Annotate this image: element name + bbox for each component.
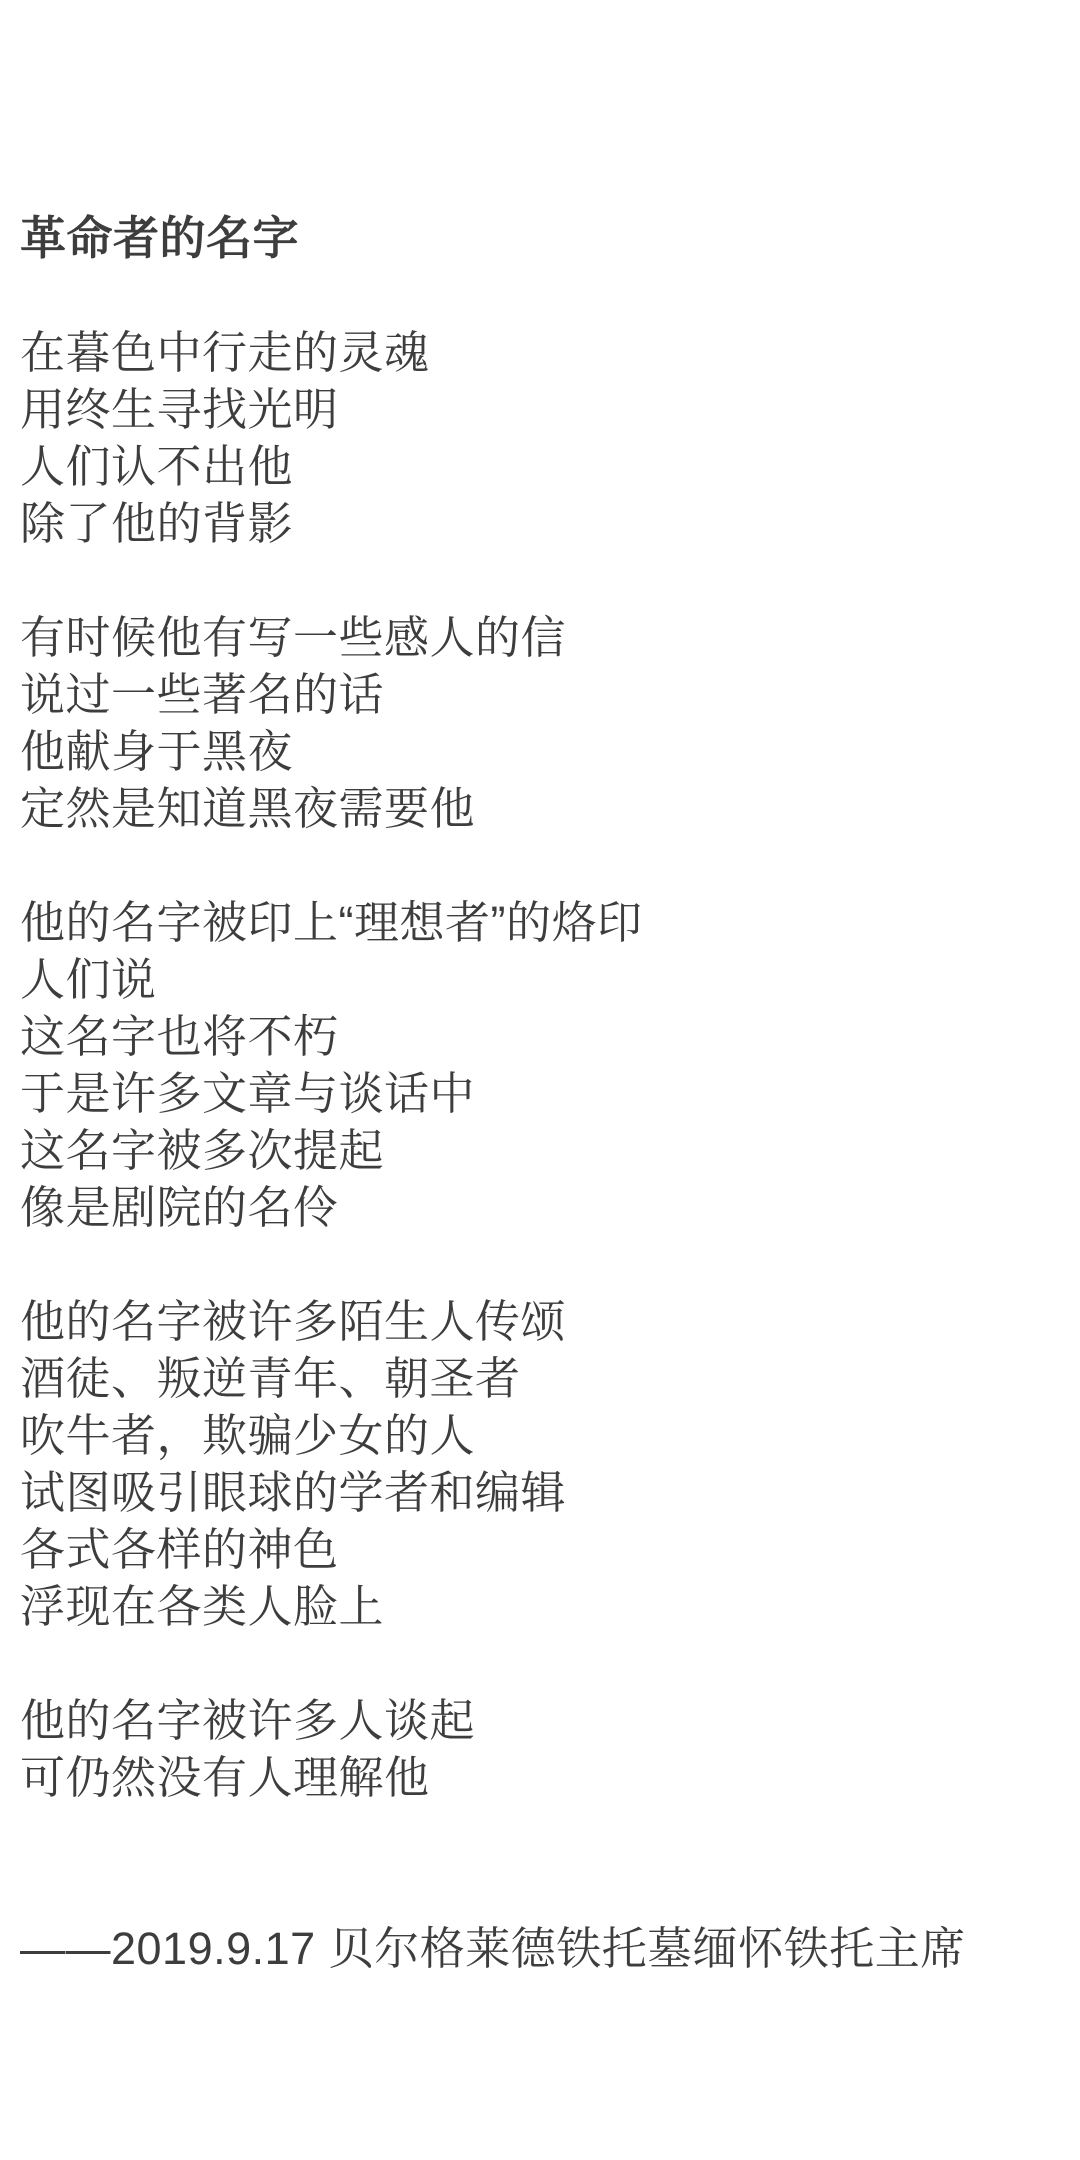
poem-line: 他献身于黑夜 [20, 723, 1060, 780]
poem-page: 革命者的名字 在暮色中行走的灵魂 用终生寻找光明 人们认不出他 除了他的背影 有… [20, 210, 1060, 1977]
poem-line: 定然是知道黑夜需要他 [20, 780, 1060, 837]
poem-line: 这名字被多次提起 [20, 1122, 1060, 1179]
poem-title: 革命者的名字 [20, 210, 1060, 267]
poem-line: 于是许多文章与谈话中 [20, 1065, 1060, 1122]
poem-line: 吹牛者，欺骗少女的人 [20, 1407, 1060, 1464]
poem-line: 在暮色中行走的灵魂 [20, 324, 1060, 381]
poem-line: 除了他的背影 [20, 495, 1060, 552]
poem-line: 试图吸引眼球的学者和编辑 [20, 1464, 1060, 1521]
poem-line: 这名字也将不朽 [20, 1008, 1060, 1065]
poem-line: 酒徒、叛逆青年、朝圣者 [20, 1350, 1060, 1407]
poem-line: 像是剧院的名伶 [20, 1179, 1060, 1236]
poem-stanza: 他的名字被许多陌生人传颂 酒徒、叛逆青年、朝圣者 吹牛者，欺骗少女的人 试图吸引… [20, 1293, 1060, 1635]
poem-stanza: 他的名字被印上“理想者”的烙印 人们说 这名字也将不朽 于是许多文章与谈话中 这… [20, 894, 1060, 1236]
poem-line: 他的名字被印上“理想者”的烙印 [20, 894, 1060, 951]
poem-stanza: 他的名字被许多人谈起 可仍然没有人理解他 [20, 1692, 1060, 1806]
poem-line: 人们说 [20, 951, 1060, 1008]
poem-stanza: 在暮色中行走的灵魂 用终生寻找光明 人们认不出他 除了他的背影 [20, 324, 1060, 552]
poem-line: 有时候他有写一些感人的信 [20, 609, 1060, 666]
poem-line: 各式各样的神色 [20, 1521, 1060, 1578]
poem-line: 可仍然没有人理解他 [20, 1749, 1060, 1806]
poem-stanza: 有时候他有写一些感人的信 说过一些著名的话 他献身于黑夜 定然是知道黑夜需要他 [20, 609, 1060, 837]
poem-line: 浮现在各类人脸上 [20, 1578, 1060, 1635]
poem-line: 说过一些著名的话 [20, 666, 1060, 723]
poem-line: 他的名字被许多人谈起 [20, 1692, 1060, 1749]
poem-line: 人们认不出他 [20, 438, 1060, 495]
poem-line: 用终生寻找光明 [20, 381, 1060, 438]
poem-dateline: ——2019.9.17 贝尔格莱德铁托墓缅怀铁托主席 [20, 1920, 1060, 1977]
poem-line: 他的名字被许多陌生人传颂 [20, 1293, 1060, 1350]
